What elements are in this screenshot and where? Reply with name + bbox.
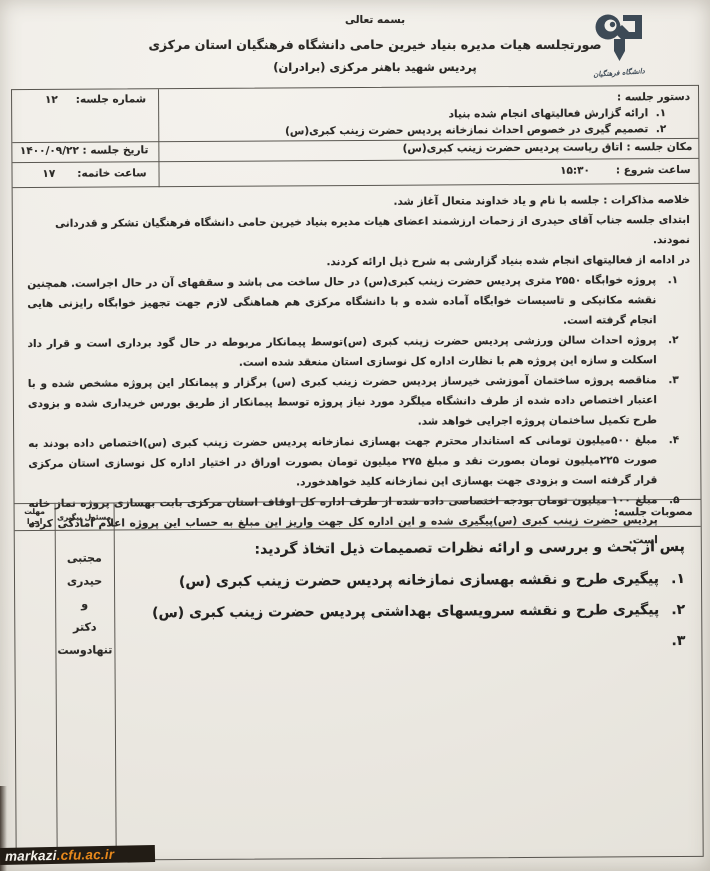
summary-item-text: پروژه احداث سالن ورزشی پردیس حضرت زینب ک… bbox=[28, 330, 657, 374]
summary-item-number: ۴. bbox=[657, 430, 679, 490]
responsible-name-line: دکتر bbox=[55, 615, 114, 638]
location-text: مکان جلسه : اتاق ریاست پردیس حضرت زینب ک… bbox=[403, 141, 693, 155]
resolution-item: ۲. پیگیری طرح و نقشه سرویسهای بهداشتی پر… bbox=[124, 599, 685, 624]
agenda-item-text: تصمیم گیری در خصوص احداث نمازخانه پردیس … bbox=[285, 121, 648, 139]
location-cell: مکان جلسه : اتاق ریاست پردیس حضرت زینب ک… bbox=[159, 139, 698, 161]
summary-item-text: پروژه خوابگاه ۲۵۵۰ متری پردیس حضرت زینب … bbox=[27, 270, 656, 334]
summary-item: ۲. پروژه احداث سالن ورزشی پردیس حضرت زین… bbox=[28, 330, 679, 374]
session-number-label: شماره جلسه: bbox=[76, 93, 146, 105]
summary-cell: خلاصه مذاکرات : جلسه با نام و یاد خداوند… bbox=[13, 184, 701, 503]
session-number-value: ۱۲ bbox=[45, 94, 58, 106]
summary-intro-line: ابتدای جلسه جناب آقای حیدری از زحمات ارز… bbox=[27, 210, 690, 254]
summary-item: ۱. پروژه خوابگاه ۲۵۵۰ متری پردیس حضرت زی… bbox=[27, 270, 678, 334]
resolution-item: ۱. پیگیری طرح و نقشه بهسازی نمازخانه پرد… bbox=[124, 568, 685, 593]
summary-item: ۳. مناقصه پروژه ساختمان آموزشی خیرساز پر… bbox=[28, 370, 679, 434]
session-number-cell: شماره جلسه: ۱۲ bbox=[12, 89, 158, 142]
summary-item-number: ۳. bbox=[657, 370, 679, 430]
responsible-name-line: مجتبی bbox=[55, 546, 114, 569]
watermark-text-orange: .cfu.ac.ir bbox=[57, 847, 115, 863]
farhangian-university-emblem-icon bbox=[592, 12, 646, 64]
deadline-column-label-line1: مهلت bbox=[15, 507, 55, 517]
summary-item: ۴. مبلغ ۵۰۰میلیون تومانی که استاندار محت… bbox=[28, 430, 679, 494]
resolution-item-text: پیگیری طرح و نقشه سرویسهای بهداشتی پردیس… bbox=[152, 599, 659, 624]
summary-item-number: ۲. bbox=[656, 330, 678, 370]
deadline-column-header: مهلت اجرا bbox=[15, 504, 55, 530]
responsible-name-line: تنهادوست bbox=[55, 638, 114, 661]
website-watermark: markazi .cfu.ac.ir bbox=[0, 845, 155, 865]
end-time-value: ۱۷ bbox=[42, 168, 55, 180]
resolution-item-text: پیگیری طرح و نقشه بهسازی نمازخانه پردیس … bbox=[179, 568, 659, 593]
resolution-item: ۳. bbox=[124, 630, 685, 655]
start-time-value: ۱۵:۳۰ bbox=[560, 165, 590, 177]
summary-item-number: ۱. bbox=[656, 270, 678, 330]
university-logo: دانشگاه فرهنگیان bbox=[584, 12, 654, 77]
watermark-text-white: markazi bbox=[5, 848, 57, 864]
resolutions-body-cell: پس از بحث و بررسی و ارائه نظرات تصمیمات … bbox=[114, 527, 703, 860]
agenda-cell: دستور جلسه : ۱. ارائه گزارش فعالیتهای ان… bbox=[159, 86, 698, 141]
responsible-name-line: حیدری bbox=[55, 569, 114, 592]
deadline-column-label-line2: اجرا bbox=[15, 517, 55, 527]
responsible-column-header: مسئول پیگیری bbox=[55, 503, 114, 529]
minutes-table: دستور جلسه : ۱. ارائه گزارش فعالیتهای ان… bbox=[11, 85, 704, 861]
resolution-item-number: ۳. bbox=[659, 630, 685, 652]
resolutions-intro: پس از بحث و بررسی و ارائه نظرات تصمیمات … bbox=[124, 535, 685, 562]
summary-item-text: مبلغ ۵۰۰میلیون تومانی که استاندار محترم … bbox=[28, 430, 657, 494]
scanned-document-page: بسمه تعالی صورتجلسه هیات مدیره بنیاد خیر… bbox=[0, 0, 710, 871]
responsible-person-cell: مجتبی حیدری و دکتر تنهادوست bbox=[55, 530, 116, 859]
start-time-cell: ساعت شروع : ۱۵:۳۰ bbox=[159, 159, 698, 186]
resolution-item-number: ۲. bbox=[659, 599, 685, 621]
responsible-column-label: مسئول پیگیری bbox=[57, 512, 111, 521]
date-text: تاریخ جلسه : ۱۴۰۰/۰۹/۲۲ bbox=[20, 144, 149, 157]
start-time-label: ساعت شروع : bbox=[616, 164, 691, 176]
deadline-cell-empty bbox=[15, 531, 57, 860]
date-cell: تاریخ جلسه : ۱۴۰۰/۰۹/۲۲ bbox=[12, 142, 158, 162]
resolutions-header-cell: مصوبات جلسه: bbox=[114, 500, 701, 530]
end-time-label: ساعت خاتمه: bbox=[77, 167, 146, 179]
resolution-item-number: ۱. bbox=[659, 568, 685, 590]
agenda-item: ۲. تصمیم گیری در خصوص احداث نمازخانه پرد… bbox=[163, 121, 666, 140]
logo-caption: دانشگاه فرهنگیان bbox=[584, 67, 654, 80]
agenda-item-number: ۱. bbox=[648, 105, 666, 121]
agenda-item-text: ارائه گزارش فعالیتهای انجام شده بنیاد bbox=[449, 105, 649, 122]
summary-item-text: مناقصه پروژه ساختمان آموزشی خیرساز پردیس… bbox=[28, 370, 657, 434]
responsible-name-line: و bbox=[55, 592, 114, 615]
agenda-item-number: ۲. bbox=[648, 121, 666, 137]
end-time-cell: ساعت خاتمه: ۱۷ bbox=[12, 162, 158, 187]
resolutions-header-label: مصوبات جلسه: bbox=[614, 506, 693, 518]
